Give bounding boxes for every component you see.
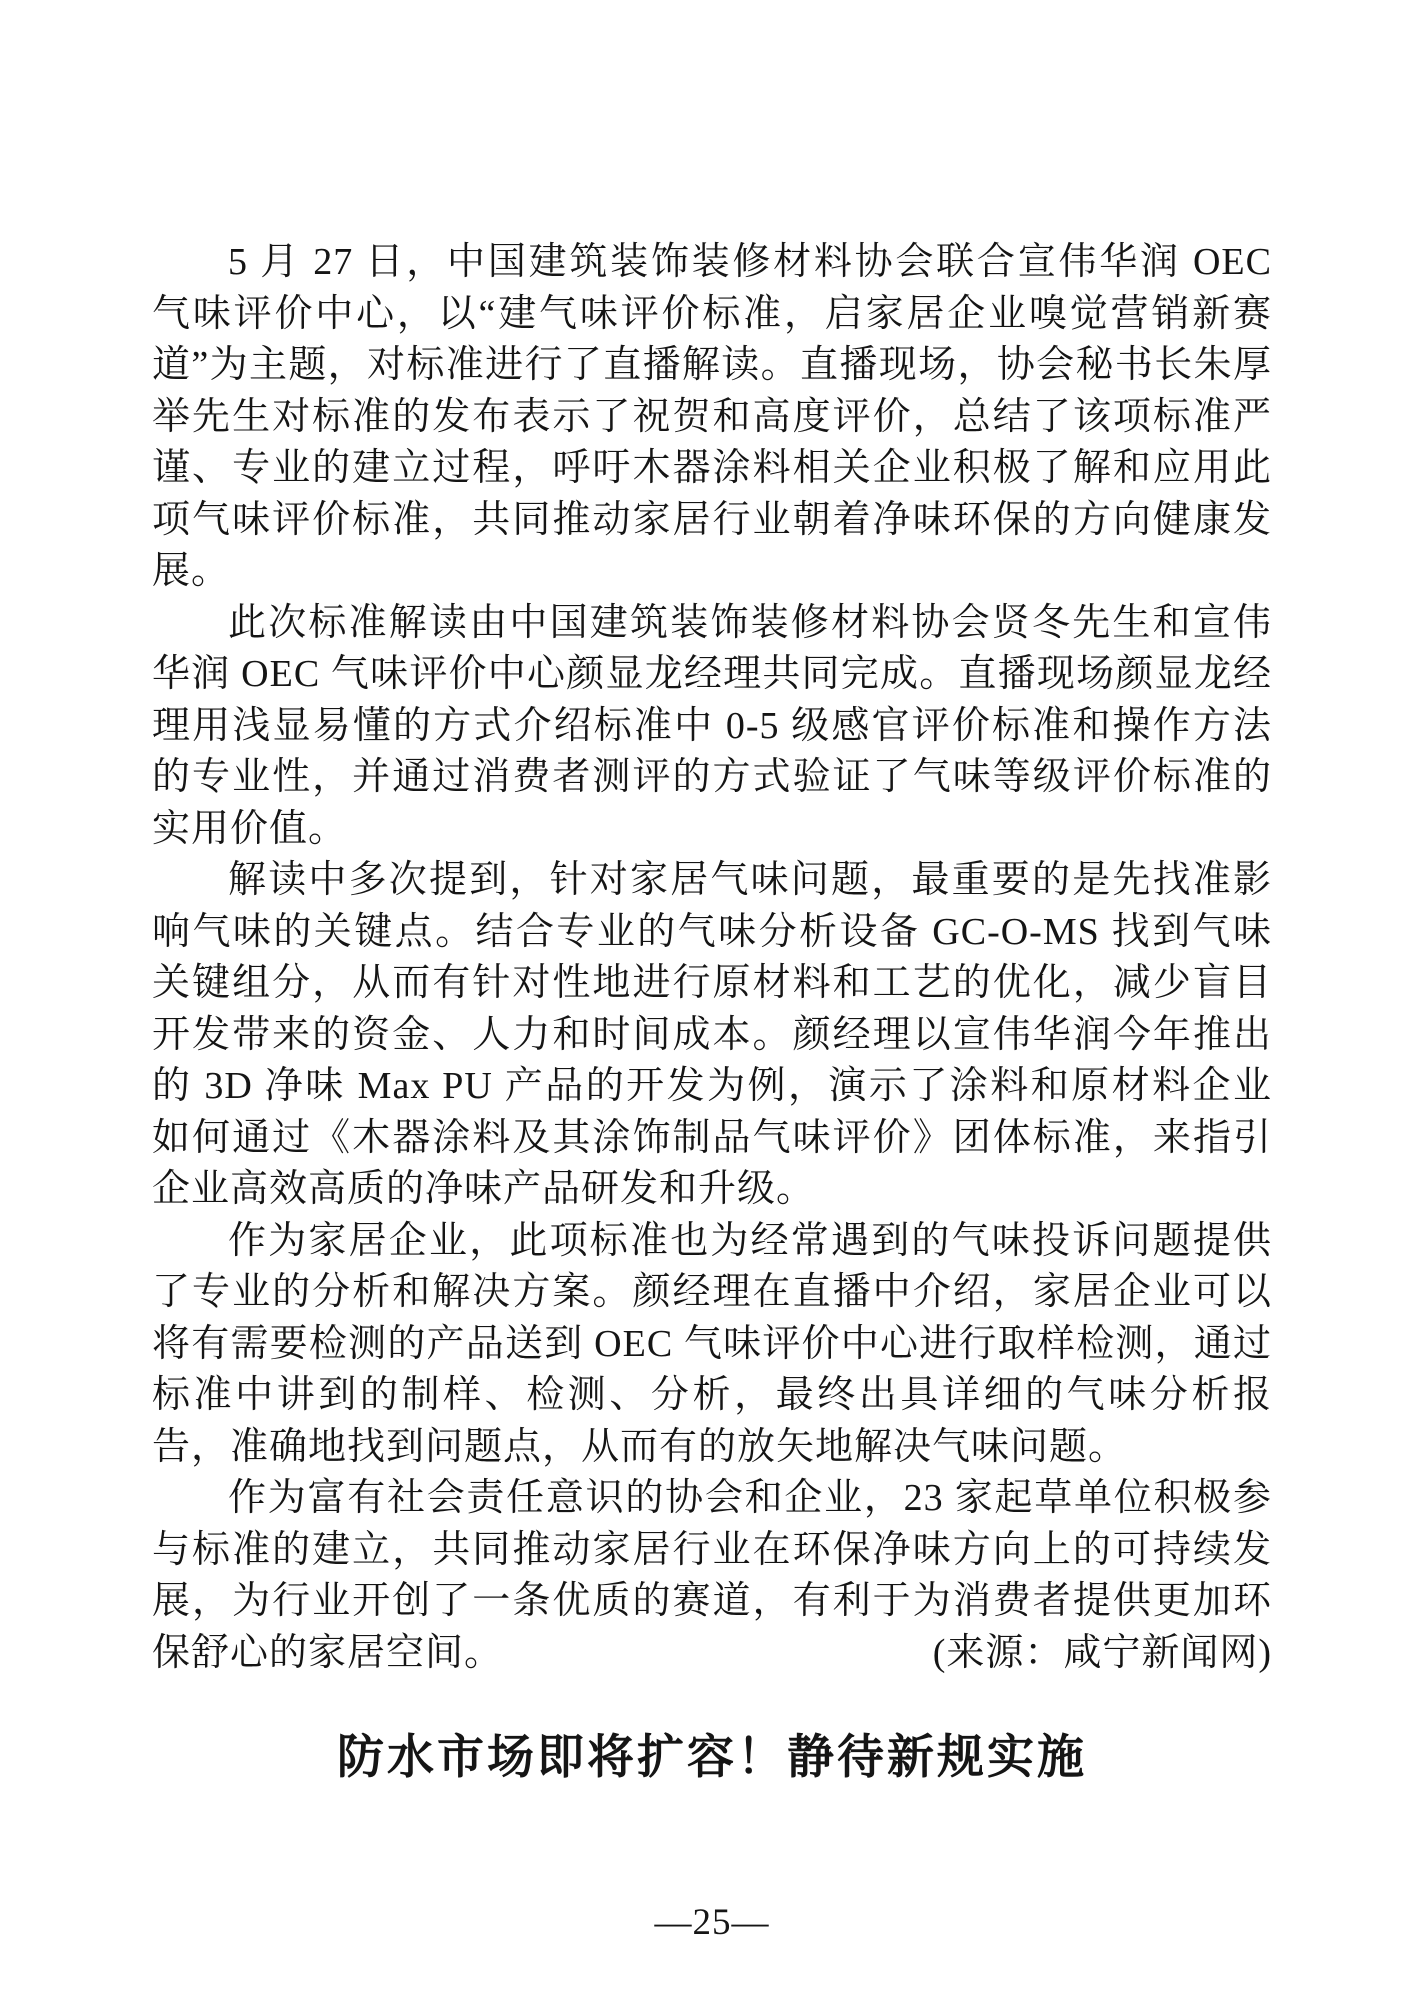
document-page: 5 月 27 日，中国建筑装饰装修材料协会联合宣伟华润 OEC 气味评价中心，以…: [0, 0, 1415, 2000]
paragraph-3: 解读中多次提到，针对家居气味问题，最重要的是先找准影响气味的关键点。结合专业的气…: [152, 855, 1272, 1216]
paragraph-2: 此次标准解读由中国建筑装饰装修材料协会贤冬先生和宣伟华润 OEC 气味评价中心颜…: [152, 598, 1272, 856]
article-body: 5 月 27 日，中国建筑装饰装修材料协会联合宣伟华润 OEC 气味评价中心，以…: [152, 237, 1272, 1679]
paragraph-5: 作为富有社会责任意识的协会和企业，23 家起草单位积极参与标准的建立，共同推动家…: [152, 1473, 1272, 1679]
page-number: —25—: [152, 1901, 1272, 1944]
paragraph-4: 作为家居企业，此项标准也为经常遇到的气味投诉问题提供了专业的分析和解决方案。颜经…: [152, 1216, 1272, 1474]
source-attribution: (来源：咸宁新闻网): [857, 1628, 1272, 1680]
next-article-heading: 防水市场即将扩容！静待新规实施: [152, 1733, 1272, 1785]
paragraph-1: 5 月 27 日，中国建筑装饰装修材料协会联合宣伟华润 OEC 气味评价中心，以…: [152, 237, 1272, 598]
